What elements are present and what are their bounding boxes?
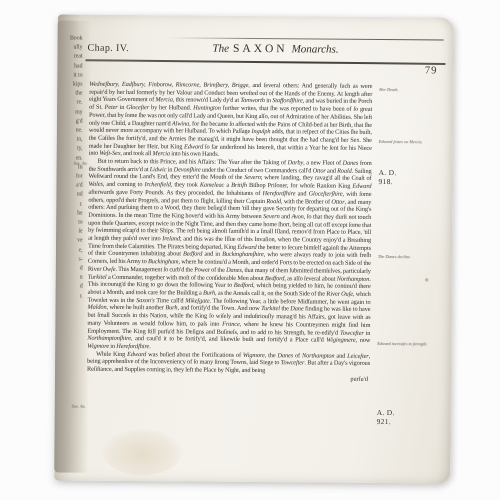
body-run: , as the Annals call it, on the South Si…	[215, 290, 341, 298]
proper-name: Ouſe	[341, 291, 353, 298]
proper-name: Burh	[165, 305, 177, 312]
proper-name: Ottor	[331, 198, 344, 205]
body-run: , this renown'd Lady dy'd at	[173, 97, 241, 105]
proper-name: Owſe	[103, 266, 116, 273]
proper-name: Wales	[88, 181, 102, 188]
margin-note-her-death: Her Death.	[379, 87, 437, 92]
proper-name: Northamptonſhire	[87, 335, 131, 342]
paragraph: While King Edward was buſied about the F…	[87, 350, 370, 375]
proper-name: Buckinghamſhire	[222, 251, 264, 258]
header-rule-top	[168, 37, 444, 40]
paragraph: But to return back to this Prince, and h…	[87, 158, 372, 353]
proper-name: Gloceſter	[126, 104, 149, 111]
proper-name: Edward	[237, 244, 256, 251]
proper-name: Towceſter	[340, 329, 364, 336]
proper-name: Avon	[291, 213, 303, 220]
proper-name: Kameleac	[200, 182, 224, 189]
body-run: , and fortify'd the Town. And now	[177, 305, 261, 313]
proper-name: Maldon	[88, 304, 107, 311]
proper-name: Wigmore	[243, 352, 265, 359]
catchword: purſu'd	[87, 373, 370, 383]
proper-name: Bedford	[234, 282, 253, 289]
red-speck	[425, 277, 429, 282]
proper-name: Mercia	[155, 97, 172, 104]
margin-note-ad-918: A. D. 918.	[378, 168, 436, 186]
body-run: the	[280, 306, 290, 313]
proper-name: Bedford	[265, 275, 284, 282]
book-page: Book ully reat had it to kips the re. my…	[54, 14, 454, 483]
body-run: of	[293, 352, 302, 359]
body-run: , now	[356, 337, 371, 344]
proper-name: Edward	[127, 351, 146, 358]
margin-note-ad-921: A. D. 921.	[377, 408, 435, 426]
title-word-saxon: SAXON	[233, 43, 288, 55]
book-photograph: Book ully reat had it to kips the re. my…	[0, 0, 500, 500]
proper-name: Bedford	[183, 251, 202, 258]
body-run: and	[334, 352, 347, 359]
body-text: Wedneſbury, Eadſbury, Finborow, Rimcorne…	[87, 81, 372, 376]
proper-name: Gloceſterſhire	[309, 190, 343, 197]
proper-name: Northampton	[302, 352, 335, 359]
proper-name: France	[222, 321, 240, 328]
body-run: and	[280, 213, 292, 220]
body-run: and in	[202, 251, 222, 258]
proper-name: Burh	[203, 290, 215, 297]
proper-name: Herefordſhire	[262, 190, 295, 197]
proper-name: Mikeſgate	[185, 297, 209, 304]
body-run: While King	[96, 350, 127, 357]
proper-name: Huntington	[193, 105, 221, 112]
proper-name: Irchenfield	[144, 181, 170, 188]
body-run: , that many of them ſubmitted themſelves…	[242, 267, 371, 275]
proper-name: Roald	[337, 167, 352, 174]
body-run: , and took all	[120, 150, 152, 157]
body-run: , as alſo ſeveral about	[284, 275, 337, 282]
body-run: into his own Hands.	[170, 151, 219, 158]
proper-name: Weſt-Sex	[99, 150, 120, 157]
body-run: ; where landing, they ravag'd all the Co…	[261, 174, 372, 182]
body-run: by her Huſband.	[149, 104, 193, 111]
proper-name: Wigmore	[87, 343, 109, 350]
proper-name: Saxon's	[136, 297, 155, 304]
body-run: , the	[265, 352, 278, 359]
title-word-the: The	[212, 43, 229, 55]
body-run: in	[118, 104, 127, 111]
body-run: , and cauſ'd it to be fortify'd, and lik…	[131, 335, 327, 344]
body-column: Wedneſbury, Eadſbury, Finborow, Rimcorne…	[87, 81, 372, 384]
proper-name: Peter	[105, 104, 118, 111]
proper-name: Turkitel	[261, 305, 280, 312]
proper-name: Tamworth	[240, 97, 265, 104]
proper-name: Leiceſter	[347, 352, 369, 359]
proper-name: Ingulph	[252, 128, 271, 135]
proper-name: Severn	[263, 213, 280, 220]
proper-name: Lidwic	[150, 166, 167, 173]
body-run: a	[224, 182, 231, 189]
proper-name: Herefordſhire	[116, 343, 149, 350]
proper-name: Darby	[288, 159, 304, 166]
title-word-monarchs: Monarchs.	[292, 43, 339, 55]
body-run: was buſied about the Fortifications of	[146, 351, 243, 359]
margin-note-edward-seizes-mercia: Edward ſeizes on Mercia.	[379, 139, 437, 144]
proper-name: Danes	[277, 352, 293, 359]
proper-name: Turkitel	[88, 273, 107, 280]
body-run: under the Conduct of two Commanders call…	[201, 166, 313, 174]
proper-name: Northampton	[337, 275, 370, 282]
proper-name: Devonſhire	[174, 166, 201, 173]
proper-name: Staffordſhire	[272, 98, 302, 105]
body-run: .	[149, 343, 151, 350]
proper-name: Ireland	[162, 235, 180, 242]
running-header: Chap. IV. TheSAXONMonarchs.	[87, 42, 443, 61]
body-run: Time call'd	[155, 297, 186, 304]
proper-name: Edward	[352, 183, 371, 190]
body-run: , they took	[171, 181, 200, 188]
proper-name: Roald	[266, 198, 281, 205]
body-run: , where he built another	[107, 304, 166, 311]
proper-name: Towceſter	[281, 360, 305, 367]
chapter-label: Chap. IV.	[88, 43, 130, 54]
margin-note-source-2: Sax. An.	[67, 404, 86, 409]
proper-name: Danes	[343, 160, 359, 167]
proper-name: Ottor	[313, 167, 326, 174]
body-run: . This Management ſo curb'd the Power of…	[115, 266, 226, 274]
body-run: , with the Brother of	[281, 198, 332, 205]
margin-note-edward-increases: Edward increaſes in ſtrength.	[377, 341, 435, 346]
body-run: and	[326, 167, 337, 174]
facing-page-text-fragments: Book ully reat had it to kips the re. my…	[59, 35, 83, 302]
margin-note-source-1: Sax. An.	[69, 161, 88, 166]
page-number: 79	[377, 65, 437, 76]
body-run: in	[364, 329, 371, 336]
proper-name: Wigingmere	[326, 337, 355, 344]
proper-name: Alwina	[172, 120, 189, 127]
page-stain	[102, 429, 182, 476]
proper-name: Dane	[290, 306, 303, 313]
proper-name: Severn	[244, 174, 261, 181]
body-run: Biſhop Priſoner, for whoſe Ranſom King	[247, 182, 353, 190]
paragraph: Wedneſbury, Eadſbury, Finborow, Rimcorne…	[89, 81, 373, 160]
proper-name: Danes	[226, 267, 242, 274]
proper-name: Buckingham	[148, 258, 179, 265]
proper-name: Edward	[184, 143, 203, 150]
body-run: and	[295, 190, 308, 197]
margin-note-danes-decline: The Danes decline.	[378, 254, 436, 259]
proper-name: Britiſh	[231, 182, 247, 189]
proper-name: Mercia	[153, 151, 170, 158]
body-run: , and coming to	[103, 181, 145, 188]
body-run: in	[166, 166, 173, 173]
body-run: , a new Fleet of	[303, 159, 343, 166]
page-title: TheSAXONMonarchs.	[148, 42, 404, 56]
